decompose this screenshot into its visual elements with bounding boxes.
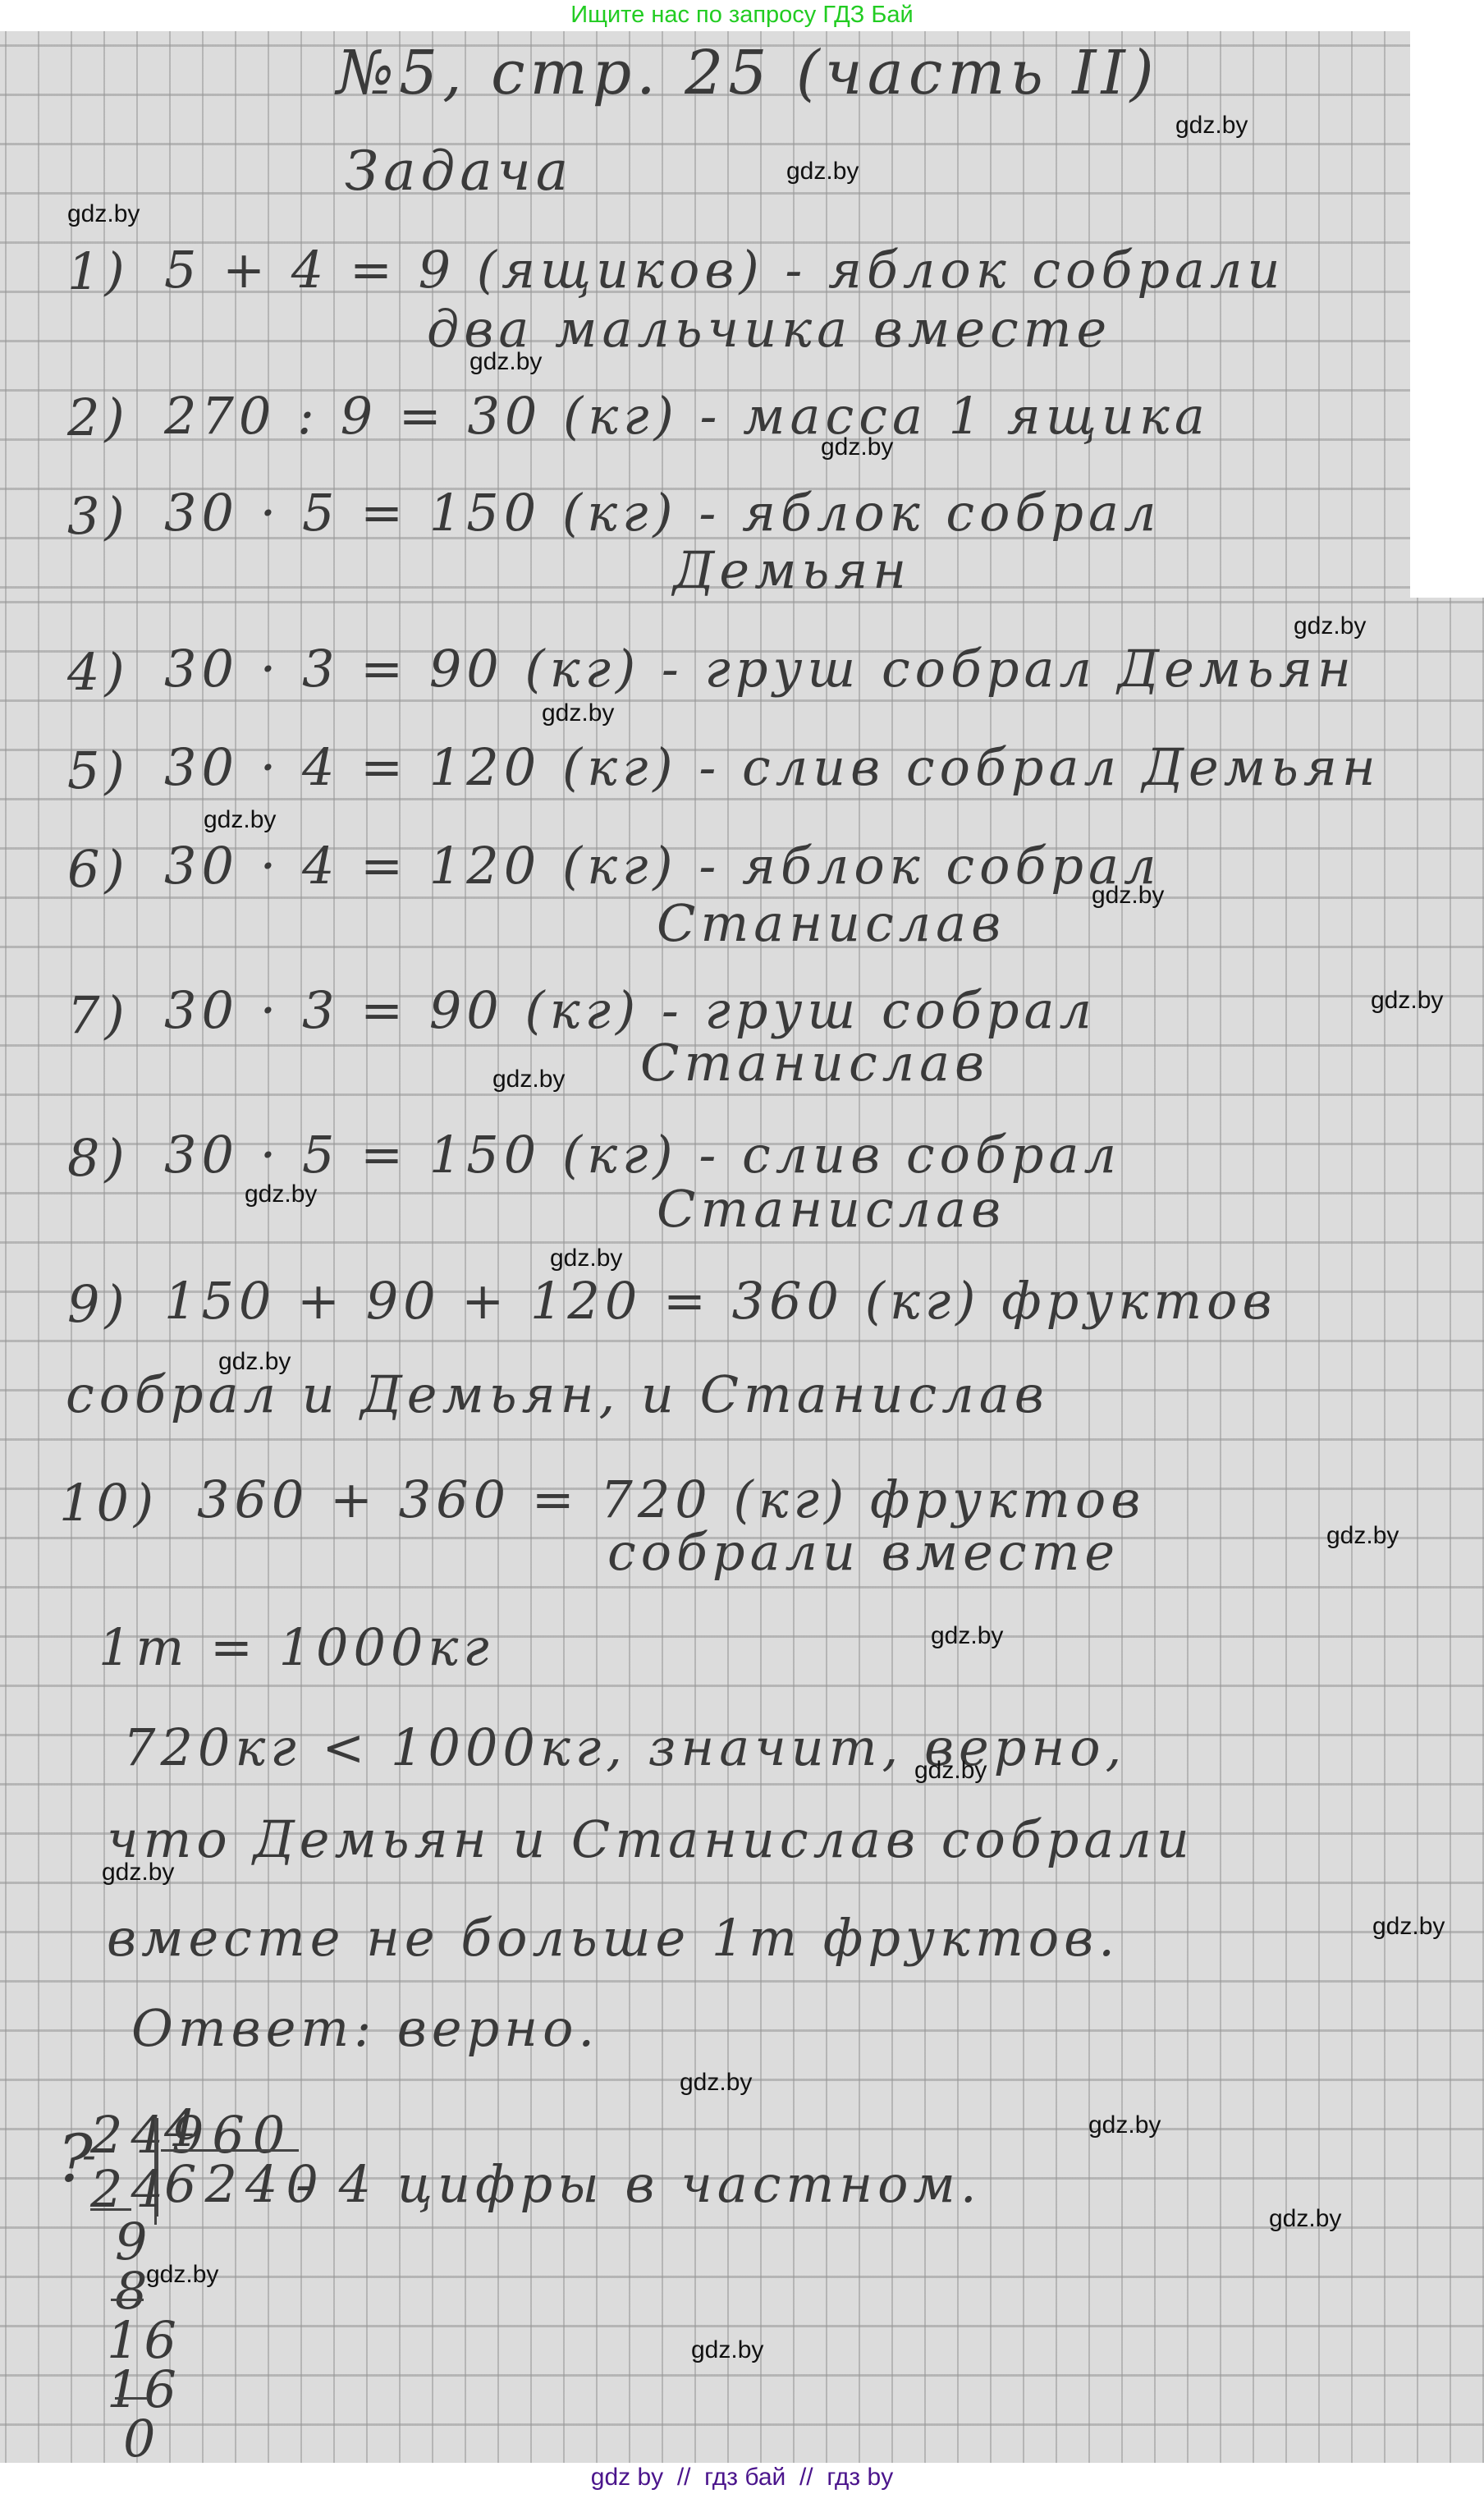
step-line: 30 · 5 = 150 (кг) - слив собрал — [164, 1130, 1121, 1181]
step-line-continued: Станислав — [640, 1038, 989, 1089]
step-line: 30 · 3 = 90 (кг) - груш собрал Демьян — [164, 644, 1356, 695]
watermark: gdz.by — [1371, 987, 1443, 1015]
step-line-continued: Станислав — [657, 898, 1005, 949]
watermark: gdz.by — [1269, 2205, 1341, 2233]
step-number: 5) — [67, 745, 130, 796]
step-line: 30 · 5 = 150 (кг) - яблок собрал — [164, 488, 1161, 539]
exercise-heading: №5, стр. 25 (часть II) — [337, 43, 1159, 103]
watermark: gdz.by — [146, 2261, 218, 2289]
step-number: 1) — [67, 246, 130, 297]
step-line: 270 : 9 = 30 (кг) - масса 1 ящика — [164, 391, 1210, 442]
conclusion-line: вместе не больше 1т фруктов. — [107, 1913, 1120, 1964]
step-number: 8) — [67, 1133, 130, 1184]
site-footer: gdz by // гдз бай // гдз by — [0, 2463, 1484, 2494]
watermark: gdz.by — [1294, 612, 1366, 640]
division-underline — [90, 2208, 131, 2211]
search-banner: Ищите нас по запросу ГДЗ Бай — [0, 0, 1484, 31]
watermark: gdz.by — [931, 1622, 1003, 1650]
quotient-note: - 4 цифры в частном. — [295, 2159, 982, 2210]
step-line-continued: Демьян — [673, 545, 911, 596]
watermark: gdz.by — [914, 1757, 987, 1785]
division-step: 16 — [107, 2364, 181, 2415]
step-line: 360 + 360 = 720 (кг) фруктов — [197, 1474, 1145, 1525]
watermark: gdz.by — [821, 433, 893, 461]
watermark: gdz.by — [691, 2336, 763, 2364]
step-line-continued: собрали вместе — [607, 1527, 1120, 1578]
watermark: gdz.by — [1088, 2111, 1161, 2139]
division-step: 16 — [107, 2315, 181, 2366]
watermark: gdz.by — [204, 806, 276, 834]
step-line-continued: собрал и Демьян, и Станислав — [66, 1369, 1049, 1420]
watermark: gdz.by — [469, 348, 542, 376]
watermark: gdz.by — [1175, 112, 1248, 140]
step-number: 9) — [67, 1279, 130, 1330]
step-number: 4) — [67, 647, 130, 698]
watermark: gdz.by — [492, 1066, 565, 1093]
step-line: 5 + 4 = 9 (ящиков) - яблок собрали — [164, 245, 1285, 296]
watermark: gdz.by — [102, 1859, 174, 1887]
division-step: 24 — [90, 2164, 172, 2215]
watermark: gdz.by — [542, 699, 614, 727]
division-step: 0 — [123, 2414, 160, 2464]
step-line: 30 · 3 = 90 (кг) - груш собрал — [164, 985, 1097, 1036]
watermark: gdz.by — [1372, 1913, 1445, 1941]
watermark: gdz.by — [786, 158, 859, 186]
division-underline — [115, 2397, 148, 2400]
answer: Ответ: верно. — [131, 2003, 599, 2054]
watermark: gdz.by — [550, 1245, 622, 1272]
step-line-continued: Станислав — [657, 1184, 1005, 1235]
divisor-underline — [161, 2149, 299, 2152]
step-line: 30 · 4 = 120 (кг) - яблок собрал — [164, 841, 1161, 892]
watermark: gdz.by — [1092, 882, 1164, 910]
step-number: 10) — [59, 1478, 158, 1529]
watermark: gdz.by — [1326, 1522, 1399, 1550]
step-line: 150 + 90 + 120 = 360 (кг) фруктов — [164, 1276, 1277, 1327]
division-underline — [111, 2299, 144, 2301]
watermark: gdz.by — [67, 200, 140, 228]
task-heading: Задача — [345, 144, 573, 199]
conclusion-line: что Демьян и Станислав собрали — [107, 1814, 1194, 1865]
step-number: 7) — [67, 990, 130, 1041]
division-step: 9 — [115, 2217, 152, 2267]
step-number: 6) — [67, 844, 130, 895]
divisor: 4 — [164, 2103, 201, 2154]
unit-conversion: 1т = 1000кг — [98, 1622, 494, 1673]
step-line-continued: два мальчика вместе — [427, 304, 1111, 355]
watermark: gdz.by — [218, 1348, 291, 1376]
step-line: 30 · 4 = 120 (кг) - слив собрал Демьян — [164, 742, 1381, 793]
step-number: 2) — [67, 392, 130, 443]
watermark: gdz.by — [680, 2069, 752, 2097]
step-number: 3) — [67, 491, 130, 542]
watermark: gdz.by — [245, 1181, 317, 1208]
